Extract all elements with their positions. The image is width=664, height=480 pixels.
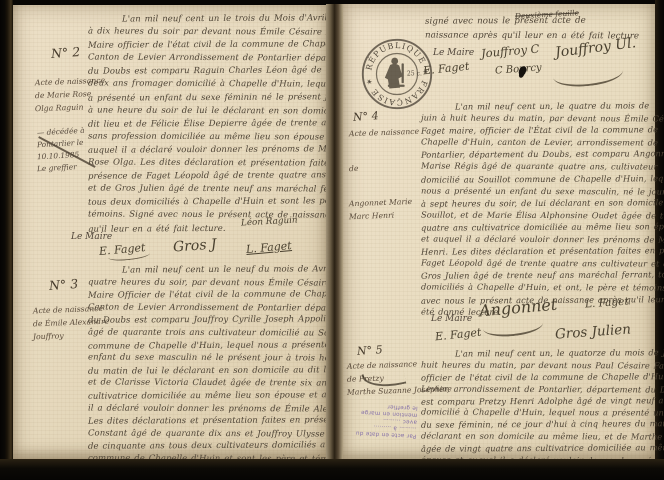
act5-body-line: officier de l'état civil de la commune d… xyxy=(421,371,653,384)
act2-body-line: sans profession domiciliée au même lieu … xyxy=(88,131,324,145)
act4-body-line: Souillot, et de Marie Élisa Alphonsine O… xyxy=(421,209,653,222)
act5-body: L'an mil neuf cent un, le quatorze du mo… xyxy=(421,348,653,467)
act3-closing-le-maire: Le Maire xyxy=(433,48,474,58)
act4-body-line: à sept heures du soir, de lui déclarant … xyxy=(421,197,653,211)
act2-body-line: auquel il a déclaré vouloir donner les p… xyxy=(88,144,324,159)
act4-closing-le-maire: Le Maire xyxy=(431,314,472,324)
right-page: signé avec nous le présent acte denaissa… xyxy=(343,4,655,460)
act3-number: N° 3 xyxy=(49,276,79,293)
act2-body-line: à une heure du soir de lui le déclarant … xyxy=(88,105,324,119)
book-edge-bottom xyxy=(0,459,664,480)
act4-body-line: nous a présenté un enfant du sexe mascul… xyxy=(421,185,653,198)
purple-marginal-stamp: Par acte en date du……… à ………avec ………ment… xyxy=(348,400,418,439)
act2-signature-lfaget: L. Faget xyxy=(246,239,293,256)
act5-body-line: L'an mil neuf cent un, le quatorze du mo… xyxy=(421,347,653,360)
act4-body-line: domicilié au Souillot commune de Chapell… xyxy=(421,173,653,187)
stamp-value-text: 25 c. xyxy=(407,71,422,78)
act4-margin-line: Marc Henri xyxy=(349,210,420,225)
act3-body-line: du Doubs est comparu Jouffroy Cyrille Jo… xyxy=(88,315,324,329)
act4-body-line: domiciliés à Chapelle d'Huin, et ont, le… xyxy=(421,282,653,295)
act2-note-line: Le greffier xyxy=(37,162,85,176)
act4-margin-line: de xyxy=(349,162,420,177)
act3-body-line: cultivatrice domiciliée au même lieu son… xyxy=(88,390,324,404)
act2-body-line: a présenté un enfant du sexe féminin né … xyxy=(88,92,324,107)
left-page: N° 2 Acte de naissancede Marie RoseOlga … xyxy=(13,5,326,459)
act4-number: N° 4 xyxy=(353,109,379,124)
act2-closing-le-maire: Le Maire xyxy=(71,232,112,242)
act2-body-line: deux ans fromager domicilié à Chapelle d… xyxy=(88,79,324,93)
act3-body-line: et de Clarisse Victoria Claudet âgée de … xyxy=(88,378,324,392)
act5-body-line: huit heures du matin, par devant nous Pa… xyxy=(421,359,653,372)
act2-body-line: dit lieu et de Félicie Élise Depierre âg… xyxy=(88,118,324,133)
act3-body-line: de cinquante ans tous deux cultivateurs … xyxy=(88,441,324,455)
act2-signature-gros: Gros J xyxy=(172,237,217,256)
act2-number: N° 2 xyxy=(51,44,81,61)
act4-margin-line: Acte de naissance xyxy=(349,127,420,142)
act2-body-line: L'an mil neuf cent un le trois du Mois d… xyxy=(88,13,324,28)
act4-signature-gros-julien: Gros Julien xyxy=(555,321,632,342)
act5-number: N° 5 xyxy=(357,343,383,358)
signature-flourish-large xyxy=(552,58,624,89)
act3-body-line: Maire Officier de l'état civil de la com… xyxy=(88,289,324,303)
book-edge-left xyxy=(0,0,13,480)
act5-body-line: Levier, arrondissement de Pontarlier, dé… xyxy=(421,383,653,396)
ink-blot xyxy=(518,65,527,76)
act3-body: L'an mil neuf cent un le neuf du mois de… xyxy=(88,265,324,467)
act3-body-line: L'an mil neuf cent un le neuf du mois de… xyxy=(88,264,324,278)
act3-body-line: Les dites déclarations et présentation f… xyxy=(88,415,324,429)
act4-body-line: Marise Régis âgé de quarante quatre ans,… xyxy=(421,161,653,174)
act4-body: L'an mil neuf cent un, le quatre du mois… xyxy=(421,101,653,319)
act3-body-line: âgé de quarante trois ans cultivateur do… xyxy=(88,327,324,341)
act4-signature-mayor: E. Faget xyxy=(434,326,482,344)
act3-body-line: enfant du sexe masculin né le présent jo… xyxy=(88,353,324,367)
marianne-figure-icon xyxy=(385,58,405,89)
binding-gutter xyxy=(326,4,343,460)
scanned-register-spread: N° 2 Acte de naissancede Marie RoseOlga … xyxy=(0,0,664,480)
act2-margin-death-note: — décédée àPontarlier le10.10.1985Le gre… xyxy=(37,127,85,175)
act4-margin-title: Acte de naissance de Angonnet Marie Marc… xyxy=(349,128,419,224)
act2-body: L'an mil neuf cent un le trois du Mois d… xyxy=(88,14,324,237)
